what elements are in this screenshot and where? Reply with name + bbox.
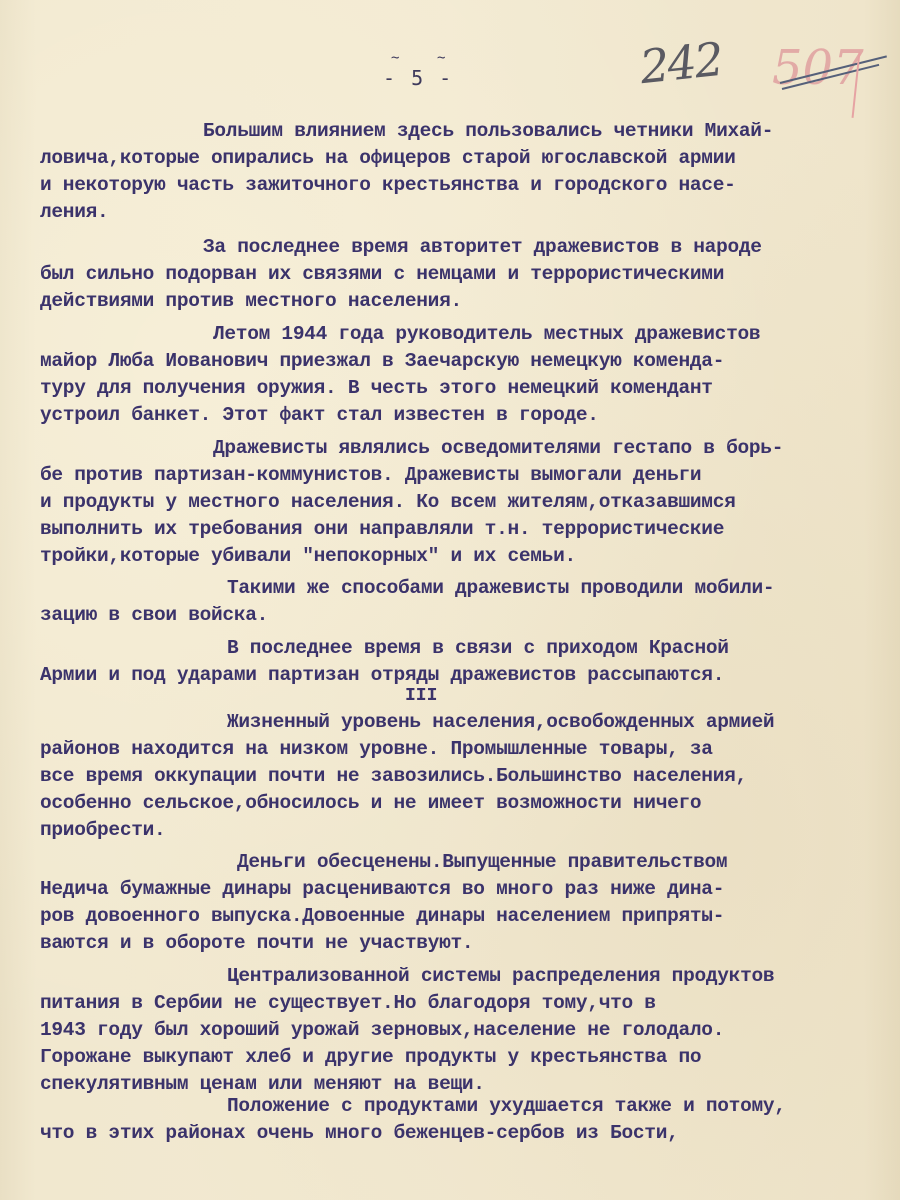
- text-line: спекулятивным ценам или меняют на вещи.: [40, 1073, 485, 1095]
- page-number-text: - 5 -: [383, 66, 453, 90]
- text-line: все время оккупации почти не завозились.…: [40, 765, 747, 787]
- text-line: За последнее время авторитет дражевистов…: [203, 236, 762, 258]
- text-line: выполнить их требования они направляли т…: [40, 518, 724, 540]
- text-line: 1943 году был хороший урожай зерновых,на…: [40, 1019, 724, 1041]
- text-line: Горожане выкупают хлеб и другие продукты…: [40, 1046, 701, 1068]
- text-line: районов находится на низком уровне. Пром…: [40, 738, 713, 760]
- text-line: Недича бумажные динары расцениваются во …: [40, 878, 724, 900]
- text-line: Деньги обесценены.Выпущенные правительст…: [237, 851, 727, 873]
- text-line: и некоторую часть зажиточного крестьянст…: [40, 174, 736, 196]
- text-line: питания в Сербии не существует.Но благод…: [40, 992, 656, 1014]
- page-number: ~ ~ - 5 -: [383, 66, 453, 90]
- text-line: Такими же способами дражевисты проводили…: [227, 577, 774, 599]
- text-line: тройки,которые убивали "непокорных" и их…: [40, 545, 576, 567]
- text-line: ловича,которые опирались на офицеров ста…: [40, 147, 736, 169]
- page-number-tilde-left: ~: [391, 50, 401, 66]
- text-line: бе против партизан-коммунистов. Дражевис…: [40, 464, 701, 486]
- text-line: действиями против местного населения.: [40, 290, 462, 312]
- text-line: Летом 1944 года руководитель местных дра…: [213, 323, 760, 345]
- text-line: зацию в свои войска.: [40, 604, 268, 626]
- text-line: ления.: [40, 201, 108, 223]
- text-line: майор Люба Иованович приезжал в Заечарск…: [40, 350, 724, 372]
- text-line: приобрести.: [40, 819, 165, 841]
- text-line: Армии и под ударами партизан отряды драж…: [40, 664, 724, 686]
- text-line: что в этих районах очень много беженцев-…: [40, 1122, 679, 1144]
- handwritten-archive-number: 242: [637, 32, 724, 94]
- text-line: устроил банкет. Этот факт стал известен …: [40, 404, 599, 426]
- text-line: ров довоенного выпуска.Довоенные динары …: [40, 905, 724, 927]
- text-line: и продукты у местного населения. Ко всем…: [40, 491, 736, 513]
- text-line: туру для получения оружия. В честь этого…: [40, 377, 713, 399]
- text-line: В последнее время в связи с приходом Кра…: [227, 637, 729, 659]
- text-line: Большим влиянием здесь пользовались четн…: [203, 120, 773, 142]
- document-page: ~ ~ - 5 - 242 507 Большим влиянием здесь…: [0, 0, 900, 1200]
- text-line: был сильно подорван их связями с немцами…: [40, 263, 724, 285]
- text-line: Централизованной системы распределения п…: [227, 965, 774, 987]
- text-line: Жизненный уровень населения,освобожденны…: [227, 711, 774, 733]
- text-line: особенно сельское,обносилось и не имеет …: [40, 792, 701, 814]
- text-line: Положение с продуктами ухудшается также …: [227, 1095, 786, 1117]
- page-number-tilde-right: ~: [437, 50, 447, 66]
- section-number-roman: III: [405, 686, 437, 706]
- text-line: Дражевисты являлись осведомителями геста…: [213, 437, 783, 459]
- text-line: ваются и в обороте почти не участвуют.: [40, 932, 473, 954]
